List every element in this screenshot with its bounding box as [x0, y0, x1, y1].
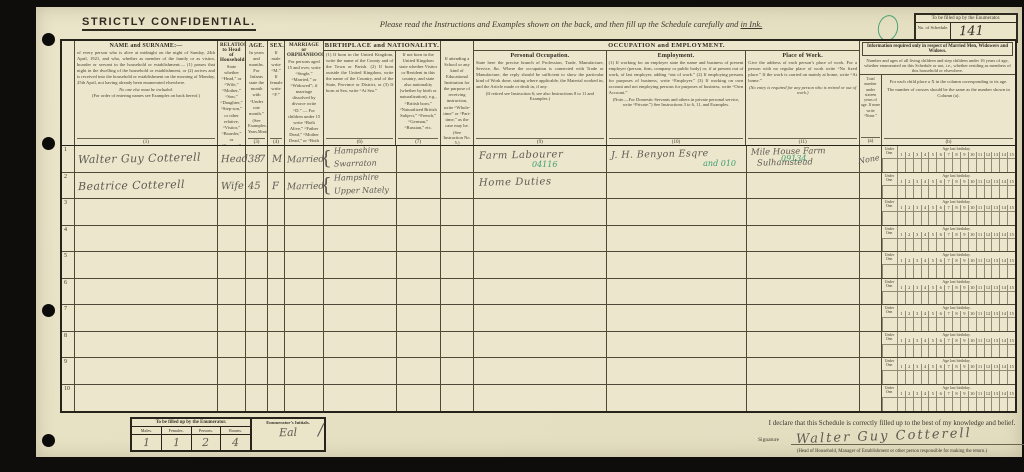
marriage-cell: Married: [285, 146, 324, 172]
age-column-1: 1: [897, 364, 905, 371]
children-grid-note1: For each child place a X in the column c…: [884, 79, 1013, 85]
age-cell: 387: [246, 146, 268, 172]
age-column-11: 11: [976, 391, 984, 398]
age-mark-cell: [897, 292, 905, 305]
age-mark-cell: [921, 398, 929, 412]
totals-value: 1: [132, 435, 162, 450]
declaration: I declare that this Schedule is correctl…: [736, 419, 1024, 454]
age-column-13: 13: [991, 258, 999, 265]
age-mark-cell: [882, 159, 897, 172]
age-mark-cell: [960, 159, 968, 172]
age-mark-cell: [897, 186, 905, 199]
education-cell: [441, 305, 474, 331]
col-number: (1): [77, 138, 215, 145]
paper-sheet: STRICTLY CONFIDENTIAL. Please read the I…: [36, 7, 1022, 457]
age-mark-cell: [991, 239, 999, 252]
children-total-cell: [860, 199, 882, 225]
row-number: 10: [64, 386, 70, 392]
age-mark-cell: [960, 265, 968, 278]
age-column-5: 5: [928, 179, 936, 186]
punch-hole: [42, 434, 55, 447]
age-mark-cell: [984, 318, 992, 331]
age-column-10: 10: [968, 338, 976, 345]
birthplace-cell: [324, 305, 397, 331]
row-number: 5: [64, 253, 67, 259]
name-cell: [75, 305, 218, 331]
children-grid-note2: The number of crosses should be the same…: [884, 87, 1013, 99]
age-mark-cell: [984, 212, 992, 225]
totals-header: Females.: [162, 427, 192, 434]
age-mark-cell: [897, 371, 905, 384]
rel-col-body: State whether “Head,” or “Wife,” “Mother…: [220, 64, 243, 145]
age-column-3: 3: [913, 179, 921, 186]
declaration-text: I declare that this Schedule is correctl…: [736, 419, 1024, 427]
col-header-rownum: [62, 41, 75, 145]
age-column-5: 5: [928, 205, 936, 212]
age-column-12: 12: [984, 179, 992, 186]
age-cell: [246, 358, 268, 384]
age-mark-cell: [882, 239, 897, 252]
age-mark-cell: [960, 186, 968, 199]
age-column-2: 2: [905, 258, 913, 265]
occupation-cell: [474, 358, 607, 384]
age-column-9: 9: [960, 205, 968, 212]
nationality-cell: [397, 226, 441, 252]
census-table: NAME and SURNAME:— of every person who i…: [60, 39, 1017, 413]
age-mark-cell: [960, 239, 968, 252]
age-mark-cell: [984, 265, 992, 278]
age-mark-cell: [928, 265, 936, 278]
nationality-cell: [397, 173, 441, 199]
age-column-8: 8: [952, 205, 960, 212]
under-one-label: Under One.: [882, 279, 897, 292]
place-of-work-cell: Mile House FarmSulhamstead09134: [747, 146, 860, 172]
age-column-7: 7: [944, 364, 952, 371]
age-column-6: 6: [936, 338, 944, 345]
nationality-cell: [397, 332, 441, 358]
age-column-12: 12: [984, 311, 992, 318]
place-col-body: Give the address of each person’s place …: [748, 60, 857, 84]
age-mark-cell: [928, 212, 936, 225]
schedule-number-value: 141: [959, 24, 984, 40]
signature-note: (Head of Household, Manager of Establish…: [736, 449, 1024, 454]
name-cell: [75, 385, 218, 412]
children-age-grid-cell: Under One.Age last birthday.123456789101…: [882, 252, 1015, 278]
marriage-cell: [285, 279, 324, 305]
age-mark-cell: [944, 239, 952, 252]
age-col-note: (See Examples.): [248, 118, 265, 128]
age-column-12: 12: [984, 338, 992, 345]
age-column-10: 10: [968, 205, 976, 212]
enumerator-initials: Eal: [279, 426, 297, 439]
col-header-nationality: If not born in the United Kingdom state …: [396, 51, 440, 145]
col-number: (b): [884, 138, 1013, 145]
col-number: (9): [476, 138, 604, 145]
age-mark-cell: [991, 212, 999, 225]
row-number-cell: 5: [62, 252, 75, 278]
education-cell: [441, 358, 474, 384]
sex-cell: [268, 385, 285, 412]
children-age-grid-cell: Under One.Age last birthday.123456789101…: [882, 173, 1015, 199]
age-mark-cell: [897, 345, 905, 358]
age-column-2: 2: [905, 285, 913, 292]
children-age-grid-cell: Under One.Age last birthday.123456789101…: [882, 332, 1015, 358]
age-mark-cell: [913, 159, 921, 172]
age-mark-cell: [936, 186, 944, 199]
under-one-label: Under One.: [882, 385, 897, 398]
row-number: 9: [64, 359, 67, 365]
relationship-cell: [218, 305, 246, 331]
age-mark-cell: [905, 212, 913, 225]
age-column-6: 6: [936, 232, 944, 239]
age-mark-cell: [913, 212, 921, 225]
age-column-12: 12: [984, 258, 992, 265]
nationality-col-body: If not born in the United Kingdom state …: [398, 52, 438, 131]
age-column-12: 12: [984, 152, 992, 159]
age-column-2: 2: [905, 311, 913, 318]
initials-label: Enumerator’s Initials.: [252, 419, 324, 426]
age-mark-cell: [1007, 212, 1015, 225]
birthplace-cell: [324, 385, 397, 412]
age-column-9: 9: [960, 311, 968, 318]
age-column-10: 10: [968, 311, 976, 318]
nationality-cell: [397, 199, 441, 225]
age-mark-cell: [952, 292, 960, 305]
age-mark-cell: [999, 159, 1007, 172]
age-column-13: 13: [991, 391, 999, 398]
age-column-7: 7: [944, 179, 952, 186]
age-column-3: 3: [913, 311, 921, 318]
children-age-grid: Under One.Age last birthday.123456789101…: [882, 146, 1015, 172]
under-one-label: Under One.: [882, 252, 897, 265]
occupation-cell: [474, 385, 607, 412]
age-mark-cell: [968, 186, 976, 199]
age-mark-cell: [913, 265, 921, 278]
row-number: 8: [64, 333, 67, 339]
totals-value: 4: [221, 435, 250, 450]
age-mark-cell: [1007, 318, 1015, 331]
age-mark-cell: [944, 159, 952, 172]
row-number-cell: 3: [62, 199, 75, 225]
employment-cell: [607, 226, 747, 252]
age-column-7: 7: [944, 258, 952, 265]
row-number: 2: [64, 174, 67, 180]
marriage-cell: Married: [285, 173, 324, 199]
age-mark-cell: [944, 265, 952, 278]
age-mark-cell: [928, 186, 936, 199]
name-col-note2: (For order of entering names see Example…: [77, 93, 215, 98]
age-column-3: 3: [913, 232, 921, 239]
age-mark-cell: [960, 398, 968, 412]
children-age-grid: Under One.Age last birthday.123456789101…: [882, 226, 1015, 252]
age-column-15: 15: [1007, 258, 1015, 265]
place-of-work-cell: [747, 358, 860, 384]
sex-cell: [268, 199, 285, 225]
age-column-1: 1: [897, 152, 905, 159]
age-mark-cell: [913, 239, 921, 252]
instruction-emphasis: in Ink.: [741, 19, 763, 29]
age-column-5: 5: [928, 311, 936, 318]
age-column-15: 15: [1007, 179, 1015, 186]
age-column-14: 14: [999, 258, 1007, 265]
age-mark-cell: [960, 318, 968, 331]
entry-sex: F: [272, 180, 279, 191]
age-mark-cell: [928, 159, 936, 172]
children-group-title: Information required only in respect of …: [862, 42, 1013, 56]
age-column-5: 5: [928, 338, 936, 345]
age-column-2: 2: [905, 338, 913, 345]
age-column-8: 8: [952, 285, 960, 292]
age-column-9: 9: [960, 338, 968, 345]
name-cell: Beatrice Cotterell: [75, 173, 218, 199]
age-column-4: 4: [921, 364, 929, 371]
entry-age-years: 45: [248, 180, 261, 191]
sex-col-body: If male write “M.” If female write “F.”: [270, 50, 282, 99]
age-mark-cell: [921, 371, 929, 384]
age-column-6: 6: [936, 152, 944, 159]
age-mark-cell: [936, 212, 944, 225]
age-column-1: 1: [897, 338, 905, 345]
age-col-title: AGE.: [248, 43, 265, 49]
name-cell: [75, 279, 218, 305]
place-of-work-cell: [747, 332, 860, 358]
age-mark-cell: [882, 318, 897, 331]
age-column-9: 9: [960, 391, 968, 398]
totals-value-handwritten: 4: [232, 436, 239, 449]
under-one-label: Under One.: [882, 332, 897, 345]
row-number: 7: [64, 306, 67, 312]
age-mark-cell: [1007, 239, 1015, 252]
age-column-8: 8: [952, 391, 960, 398]
education-cell: [441, 173, 474, 199]
age-cell: [246, 279, 268, 305]
age-column-7: 7: [944, 338, 952, 345]
occupation-code: 04116: [532, 160, 557, 169]
children-total-body: Total number under sixteen years of age.…: [861, 76, 880, 118]
age-mark-cell: [991, 345, 999, 358]
relationship-cell: [218, 199, 246, 225]
entry-birthplace-parish: Upper Nately: [334, 185, 389, 195]
age-sub-years: Years.: [248, 129, 258, 134]
age-mark-cell: [991, 318, 999, 331]
children-age-grid: Under One.Age last birthday.123456789101…: [882, 385, 1015, 412]
age-mark-cell: [999, 212, 1007, 225]
age-column-13: 13: [991, 232, 999, 239]
children-age-grid: Under One.Age last birthday.123456789101…: [882, 279, 1015, 305]
schedule-row-8: 8Under One.Age last birthday.12345678910…: [62, 332, 1015, 359]
name-cell: [75, 199, 218, 225]
age-column-5: 5: [928, 152, 936, 159]
sex-cell: [268, 358, 285, 384]
age-mark-cell: [944, 345, 952, 358]
age-column-3: 3: [913, 364, 921, 371]
brace-mark: {: [320, 174, 332, 196]
nationality-cell: [397, 358, 441, 384]
children-total-cell: [860, 226, 882, 252]
col-group-occupation-employment: OCCUPATION and EMPLOYMENT. Personal Occu…: [474, 41, 860, 145]
age-mark-cell: [913, 345, 921, 358]
under-one-label: Under One.: [882, 226, 897, 239]
age-mark-cell: [936, 398, 944, 412]
schedule-row-10: 10Under One.Age last birthday.1234567891…: [62, 385, 1015, 412]
age-mark-cell: [991, 265, 999, 278]
age-mark-cell: [905, 398, 913, 412]
sex-cell: [268, 332, 285, 358]
occupation-cell: [474, 305, 607, 331]
children-age-grid-cell: Under One.Age last birthday.123456789101…: [882, 305, 1015, 331]
age-mark-cell: [928, 398, 936, 412]
sex-cell: M: [268, 146, 285, 172]
children-age-grid-cell: Under One.Age last birthday.123456789101…: [882, 199, 1015, 225]
entry-children-total: None: [857, 153, 880, 166]
age-column-13: 13: [991, 364, 999, 371]
age-mark-cell: [928, 318, 936, 331]
age-cell: [246, 332, 268, 358]
age-sub-months: Months.: [258, 129, 268, 134]
row-number: 1: [64, 147, 67, 153]
entry-birthplace-county: Hampshire: [334, 172, 379, 182]
marriage-cell: [285, 226, 324, 252]
sex-cell: [268, 279, 285, 305]
age-column-5: 5: [928, 258, 936, 265]
marriage-cell: [285, 199, 324, 225]
education-cell: [441, 199, 474, 225]
col-number: (10): [609, 138, 744, 145]
name-col-note1: No one else must be included.: [77, 87, 215, 92]
age-mark-cell: [976, 265, 984, 278]
age-column-9: 9: [960, 179, 968, 186]
age-cell: [246, 305, 268, 331]
occupation-cell: [474, 199, 607, 225]
place-col-title: Place of Work.: [748, 53, 857, 59]
age-mark-cell: [905, 239, 913, 252]
age-mark-cell: [952, 159, 960, 172]
age-mark-cell: [968, 292, 976, 305]
age-col-body: In years and months. For Infants state t…: [248, 50, 265, 117]
col-header-name: NAME and SURNAME:— of every person who i…: [75, 41, 218, 145]
row-number-cell: 10: [62, 385, 75, 412]
entry-name: Walter Guy Cotterell: [78, 151, 201, 167]
age-mark-cell: [952, 318, 960, 331]
children-age-grid: Under One.Age last birthday.123456789101…: [882, 358, 1015, 384]
birthplace-cell: [324, 199, 397, 225]
age-column-14: 14: [999, 179, 1007, 186]
age-mark-cell: [936, 292, 944, 305]
age-mark-cell: [897, 318, 905, 331]
nationality-cell: [397, 279, 441, 305]
row-number-cell: 9: [62, 358, 75, 384]
name-cell: Walter Guy Cotterell: [75, 146, 218, 172]
col-number: (7): [398, 138, 438, 145]
age-column-15: 15: [1007, 364, 1015, 371]
employment-cell: [607, 385, 747, 412]
col-group-children: Information required only in respect of …: [860, 41, 1015, 145]
education-cell: [441, 252, 474, 278]
col-header-birthplace: (1) If born in the United Kingdom, write…: [324, 51, 396, 145]
age-mark-cell: [976, 371, 984, 384]
age-mark-cell: [976, 398, 984, 412]
age-column-5: 5: [928, 391, 936, 398]
birthplace-cell: [324, 226, 397, 252]
age-mark-cell: [928, 371, 936, 384]
age-column-14: 14: [999, 364, 1007, 371]
totals-title: To be filled up by the Enumerator.: [132, 419, 250, 427]
place-of-work-cell: [747, 279, 860, 305]
entry-sex: M: [272, 154, 282, 165]
age-column-2: 2: [905, 205, 913, 212]
enumerator-box-title: To be filled up by the Enumerator.: [916, 15, 1016, 23]
birthplace-col-body: (1) If born in the United Kingdom, write…: [326, 52, 393, 94]
place-code: 09134: [781, 154, 806, 163]
age-column-14: 14: [999, 285, 1007, 292]
sex-cell: [268, 305, 285, 331]
row-number: 6: [64, 280, 67, 286]
age-column-8: 8: [952, 338, 960, 345]
totals-value-handwritten: 1: [143, 436, 150, 449]
marriage-col-title: MARRIAGE or ORPHANHOOD.: [287, 43, 321, 58]
age-column-6: 6: [936, 285, 944, 292]
entry-marriage: Married: [287, 181, 324, 192]
sex-col-title: SEX.: [270, 43, 282, 49]
age-column-11: 11: [976, 232, 984, 239]
age-subcolumns: Years. Months.: [248, 129, 265, 134]
birthplace-cell: [324, 358, 397, 384]
age-mark-cell: [968, 212, 976, 225]
children-total-cell: [860, 385, 882, 412]
education-cell: [441, 279, 474, 305]
age-column-11: 11: [976, 205, 984, 212]
age-mark-cell: [952, 186, 960, 199]
nationality-cell: [397, 385, 441, 412]
education-col-body: If attending a School or any kind of Edu…: [443, 56, 471, 129]
age-mark-cell: [936, 159, 944, 172]
age-column-12: 12: [984, 391, 992, 398]
age-mark-cell: [882, 371, 897, 384]
col-number: (11): [748, 138, 857, 145]
age-column-14: 14: [999, 232, 1007, 239]
age-mark-cell: [991, 159, 999, 172]
age-column-3: 3: [913, 152, 921, 159]
age-mark-cell: [921, 239, 929, 252]
age-column-10: 10: [968, 364, 976, 371]
table-body: 1Walter Guy CotterellHead387MMarried{Ham…: [62, 146, 1015, 411]
col-header-marriage: MARRIAGE or ORPHANHOOD. For persons aged…: [285, 41, 324, 145]
age-mark-cell: [944, 398, 952, 412]
age-mark-cell: [999, 371, 1007, 384]
age-mark-cell: [944, 186, 952, 199]
age-column-6: 6: [936, 391, 944, 398]
name-col-title: NAME and SURNAME:—: [77, 43, 215, 49]
enumerator-totals-box: To be filled up by the Enumerator. Males…: [130, 417, 326, 452]
age-column-2: 2: [905, 152, 913, 159]
age-mark-cell: [905, 292, 913, 305]
age-mark-cell: [976, 186, 984, 199]
entry-age-months: 7: [259, 154, 266, 165]
age-mark-cell: [960, 292, 968, 305]
signature-label: Signature: [758, 437, 779, 443]
age-column-1: 1: [897, 311, 905, 318]
age-mark-cell: [960, 345, 968, 358]
age-column-9: 9: [960, 152, 968, 159]
age-column-3: 3: [913, 338, 921, 345]
age-mark-cell: [921, 186, 929, 199]
age-mark-cell: [921, 318, 929, 331]
occupation-cell: [474, 226, 607, 252]
col-number: (3): [248, 138, 265, 145]
under-one-label: Under One.: [882, 358, 897, 371]
children-age-grid: Under One.Age last birthday.123456789101…: [882, 332, 1015, 358]
age-column-15: 15: [1007, 205, 1015, 212]
